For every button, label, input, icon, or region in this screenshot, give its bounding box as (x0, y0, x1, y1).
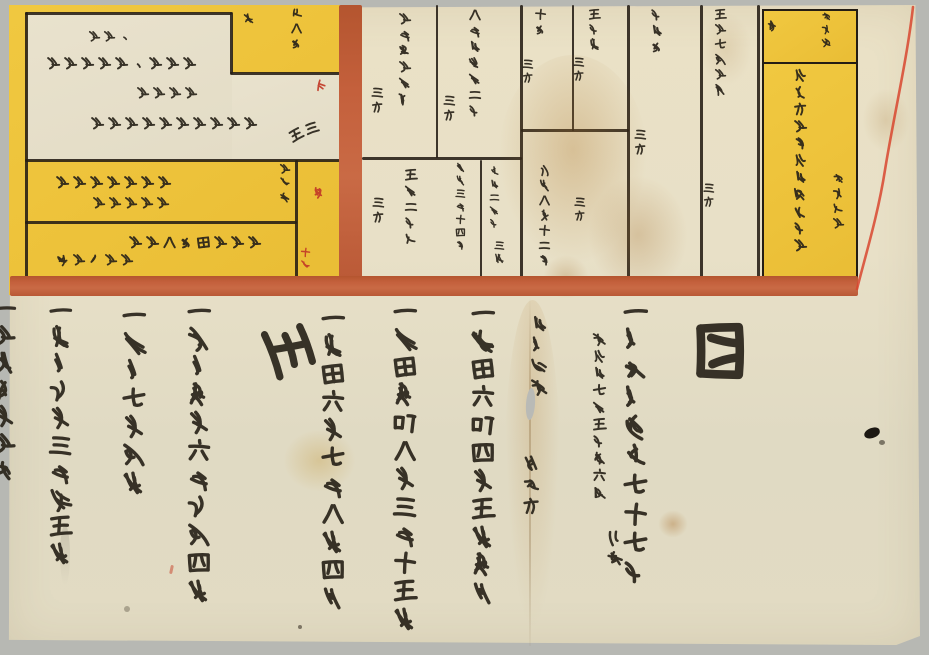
map-right-box-small (762, 9, 858, 66)
border-line (25, 12, 232, 15)
grid-line (757, 5, 760, 278)
red-boundary-line (845, 5, 925, 295)
paper-stain (282, 428, 357, 493)
border-line (25, 221, 297, 224)
red-divider-band-horizontal (10, 276, 858, 296)
paper-stain (505, 300, 560, 630)
border-line (25, 159, 340, 162)
map-note-box-a (27, 13, 232, 160)
paper-stain (700, 12, 752, 86)
border-line (230, 72, 340, 75)
map-note-box-b (232, 73, 340, 160)
smudge (60, 525, 70, 585)
map-right-box-large (762, 62, 858, 294)
grid-line (436, 5, 438, 158)
paper-stain (658, 510, 688, 538)
border-line (230, 12, 233, 74)
smudge (124, 606, 130, 612)
ink-speck (298, 625, 302, 629)
border-line (295, 160, 298, 286)
grid-line (480, 160, 482, 278)
ink-speck (879, 440, 885, 445)
border-line (25, 12, 28, 278)
red-divider-band-vertical (339, 5, 362, 291)
manuscript-scan (0, 0, 929, 655)
